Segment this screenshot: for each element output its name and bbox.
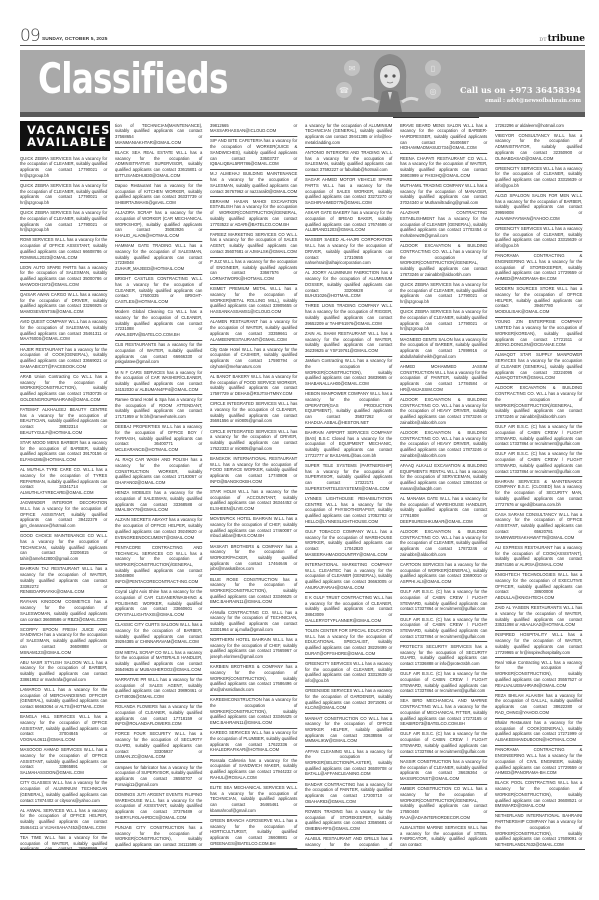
classified-ad: ELITE SEA MECHANICAL SERVICES W.L.L has … — [210, 783, 297, 816]
classified-ad: BANGLA HILL SERVICES W.L.L has a vacancy… — [20, 713, 107, 746]
column-6: 17262296 or aldaleem@hotmail.comVIBGYOR … — [495, 121, 585, 849]
phone-icon: ☎ — [336, 82, 352, 98]
classified-ad: CITY GLASSES W.L.L has a vacancy for the… — [20, 779, 107, 806]
column-2: tion of TECHNICIAN(MAINTENANCE), suitabl… — [115, 121, 205, 849]
column-1: VACANCIES AVAILABLE QUICK ZEBRA SERVICES… — [20, 121, 110, 849]
classified-ad: QUICK ZEBRA SERVICES has a vacancy for t… — [400, 308, 487, 335]
classified-ad: ZAIN AL SHAM RESTAURANT W.L.L has a vaca… — [305, 329, 392, 356]
classified-ad: KARBIEN BROTHERS & COMPANY has a vacancy… — [210, 663, 297, 696]
classified-ad: ABU NASR STYLISH SALOON W.L.L has a vaca… — [20, 658, 107, 685]
classified-ad: SCORPY SPOON FRESH JUICE AND SANDWICH ha… — [20, 625, 107, 658]
page-number: 09 — [20, 28, 40, 45]
classified-ad: FAREEZ MARKETING SERVICES CO W.L.L has a… — [210, 230, 297, 257]
classified-ad: MOVENPICK HOTEL BAHRAIN W.L.L has a vaca… — [210, 515, 297, 542]
classified-ad: REZA BHILAH ALAAISH has a vacancy for th… — [495, 691, 582, 718]
classified-ad: QUICK ZEBRA SERVICES has a vacancy for t… — [20, 209, 107, 236]
customer-service-illustration-icon — [360, 50, 420, 112]
classified-ad: GIM METAL SCRAP CO W.L.L has a vacancy f… — [115, 648, 202, 675]
page-header: 09 SUNDAY, OCTOBER 5, 2025 DTtribune — [20, 28, 585, 46]
bottom-rule — [20, 849, 585, 850]
classified-ad: FATEMAT ALKHALEEJ BEAUTY CENTRE has a va… — [20, 406, 107, 439]
classified-ad: Al-Mulla CONTRACTING CO. W.L.L has a vac… — [210, 608, 297, 635]
classified-ad: MAGNEED GENTS SALON has a vacancy for th… — [400, 335, 487, 362]
classified-ad: BLACK POOL CONTRACTING W.L.L has a vacan… — [495, 779, 582, 812]
classified-ad: ALDOOR EXCAVATION & BUILDING CONTRACTING… — [400, 395, 487, 428]
classified-ad: GOOD CHOICE MAINTENANCE CO W.L.L has a v… — [20, 532, 107, 565]
classified-ad: HEBON MANPOWER COMPANY W.L.L has a vacan… — [305, 390, 392, 429]
classified-ad: KAREEMCONSTRUCTION has a vacancy for the… — [210, 696, 297, 729]
classified-ad: AL BANOT BAKERY W.L.L has a vacancy for … — [210, 373, 297, 400]
classified-ad: GREENCITY SERVICES W.L.L has a vacancy f… — [305, 659, 392, 686]
classified-ad: AVID QUEST COMPANY W.L.L has a vacancy f… — [20, 318, 107, 345]
classified-ad: GREENSIDE SERVICES W.L.L has a vacancy f… — [305, 687, 392, 714]
classified-ad: M.J ALMEHAJ BUILDING MAINTENANCE has a v… — [210, 170, 297, 197]
classified-ad: BLACK SEA REAL ESTATE W.L.L has a vacanc… — [115, 148, 202, 181]
classified-ad: ROMI SERVICES W.L.L has a vacancy for th… — [20, 236, 107, 263]
classified-ad: ALZAIN SECRETS ABAYAT has a vacancy for … — [115, 516, 202, 543]
classified-ad: PUNJAB CITY CONSTRUCTION has a vacancy f… — [115, 823, 202, 849]
classified-ad: Modern Global Cleaning Co W.L.L has a va… — [115, 308, 202, 341]
classified-ad: JAGWINDER INTERIOR DECORATION W.L.L has … — [20, 499, 107, 532]
column-3: 39812665 or MASSARHASSAN@ICLOUD.COMSIP A… — [210, 121, 300, 849]
classified-ad: LEON AUTO SPARE PARTS has a vacancy for … — [20, 263, 107, 290]
publication-logo: DTtribune — [539, 34, 585, 44]
classified-ad: CLB RESTAURANTS has a vacancy for the oc… — [115, 341, 202, 368]
classified-ad: TEA TIME W.L.L has a vacancy for the occ… — [20, 834, 107, 849]
classified-ad: STAR HOLM W.L.L has a vacancy for the oc… — [210, 487, 297, 514]
classified-ad: GREEN BRANCH AGROSERVE W.L.L has a vacan… — [210, 816, 297, 849]
classified-ad: CARTOON SERVICES has a vacancy for the o… — [400, 560, 487, 587]
classified-ad: VIBGYOR CONSULTANCY W.L.L has a vacancy … — [495, 131, 582, 164]
classified-ad: AMBER CONSTRUCTION CO W.L.L has a vacanc… — [400, 785, 487, 824]
classified-ad: M N F CARS SERVICES has a vacancy for th… — [115, 368, 202, 395]
mail-icon: ✉ — [344, 60, 360, 76]
classifieds-banner: Classifieds ✉ ☎ ▯ ◎ Call us on +973 3645… — [20, 50, 585, 112]
classified-ad: AFAAQ ALKALIJ EXCAVATION & BUILDING EQUI… — [400, 461, 487, 494]
contact-email: email : advt@newsofbahrain.com — [485, 98, 581, 104]
classified-ad: MANHAT CONSTRUCTION CO W.L.L has a vacan… — [305, 714, 392, 747]
classified-ad: 17262296 or aldaleem@hotmail.com — [495, 121, 582, 131]
classified-ad: KAREEG SERVICES W.L.L has a vacancy for … — [210, 729, 297, 756]
classified-ad: E K GULF TRUST CONTRACTING W.L.L has a v… — [305, 593, 392, 626]
classified-ad: GULF AIR B.S.C. (C) has a vacancy for th… — [400, 588, 487, 615]
classified-ad: MODERN SOURCES STORE W.L.L has a vacancy… — [495, 285, 582, 318]
vacancies-heading: VACANCIES AVAILABLE — [20, 121, 110, 151]
classified-ad: City Gate Hotel W.L.L has a vacancy for … — [210, 345, 297, 372]
issue-date: SUNDAY, OCTOBER 5, 2025 — [42, 37, 107, 42]
classified-ad: STAR MOOD MENS BARBER has a vacancy for … — [20, 439, 107, 466]
classified-ad: GULF AIR B.S.C. (C) has a vacancy for th… — [400, 670, 487, 697]
classified-ad: BAHRAIN AIRPORT SERVICES COMPANY (BAS) B… — [305, 428, 392, 461]
classified-ad: YOUNG ZIN ENTERPRISE COMPANY LIMITED has… — [495, 318, 582, 351]
classified-ad: CLASSIC CITY CURTS SALOON W.L.L has a va… — [115, 621, 202, 648]
classified-ad: MASOOOD AHMAD SERVICES W.L.L has a vacan… — [20, 746, 107, 779]
classified-ad: DOMINOS JUTI ARGENT EVENTS FILIPINO WARE… — [115, 790, 202, 823]
classified-ad: Dapoo Restaurant has a vacancy for the o… — [115, 181, 202, 208]
classified-ad: PANORAMA CONTRACTING & ENGINEERING W.L.L… — [495, 252, 582, 285]
classified-ad: SIP AND BITE CAFETERIA has a vacancy for… — [210, 137, 297, 170]
classified-ad: NASSER SAEED AL-HAJRI CORPORATION W.L.L … — [305, 236, 392, 269]
classified-ad: REENA CHAPATI RESTAURANT CO W.L.L has a … — [400, 154, 487, 181]
classified-ad: ROLANDA FLOWERS has a vacancy for the oc… — [115, 703, 202, 730]
classified-ad: CASA SARANI CONSULTANCY W.L.L has a vaca… — [495, 510, 582, 543]
classified-ad: AL MANAMA GATE W.L.L has a vacancy for t… — [400, 494, 487, 527]
classified-ad: BANDAR CONTRACTING has a vacancy for the… — [305, 780, 392, 807]
classified-ad: NASSIR CONSTRUCTION has a vacancy for th… — [400, 757, 487, 784]
classified-ad: RAYHAN KINGDOM COSMETICS has a vacancy f… — [20, 598, 107, 625]
classified-ad: BANGKOK INTERNATIONAL RESTAURANT W.L.L h… — [210, 454, 297, 487]
classified-ad: Bhalar Restaurant has a vacancy for the … — [495, 719, 582, 746]
classified-ad: ALAMEN RESTAURANT has a vacancy for the … — [210, 318, 297, 345]
classified-ad: JaMium Contracting W.L.L has a vacancy f… — [305, 357, 392, 390]
classified-ad: Real Value Contracting W.L.L has a vacan… — [495, 658, 582, 691]
classified-ad: KNIGHTECH TECHNOLOGIES W.L.L has a vacan… — [495, 571, 582, 604]
classified-ad: BAHRAIN TAJ RESTAURANT W.L.L has a vacan… — [20, 565, 107, 598]
classified-ad: ANTONIO INTERIORS AND TRADING W.L.L has … — [305, 148, 392, 175]
classified-ad: ALI EXPRESS RESTAURANT has a vacancy for… — [495, 543, 582, 570]
classified-ad: BRIGHT CASTLES CONTRACTING W.L.L has a v… — [115, 275, 202, 308]
globe-icon: ◎ — [425, 83, 441, 99]
classified-ad: BLUE ROSE CONSTRUCTION has a vacancy for… — [210, 575, 297, 608]
classified-ad: NARRATIVE PR W.L.L has a vacancy for the… — [115, 675, 202, 702]
classified-ad: GULF TOBACCO COMPANY W.L.L has a vacancy… — [305, 527, 392, 560]
classified-ad: campaes for fabricator has a vacancy for… — [115, 763, 202, 790]
classified-ad: ALDOOR EXCAVATION & BUILDING CONTRACTING… — [400, 242, 487, 281]
section-title: Classifieds — [38, 54, 228, 103]
classified-ad: MASKATI BROTHERS & COMPANY has a vacancy… — [210, 542, 297, 575]
classified-ad: ALBALSTEM MARINE SERVICES W.L.L has a va… — [400, 823, 487, 849]
classified-ad: CIRCLE INTEGRATED SERVICES W.L.L has a v… — [210, 427, 297, 454]
classified-ad: SEA BIRD MECHANICAL AND MARINE CONTRACTI… — [400, 697, 487, 730]
classified-ad: NETHERLAND INTERNATIONAL BAHRAINI PARTNE… — [495, 812, 582, 849]
classified-ad: P JUZ W.L.L has a vacancy for the occupa… — [210, 258, 297, 285]
classified-ad: PENTACORE CONTRACTING AND TECHNICAL SERV… — [115, 543, 202, 587]
classified-ad: GREENCITY SERVICES W.L.L has a vacancy f… — [495, 164, 582, 191]
classified-ad: GULF AIR B.S.C. (C) has a vacancy for th… — [495, 450, 582, 477]
classified-ad: BRAVE BEARD MENS SALON W.L.L has a vacan… — [400, 121, 487, 154]
classified-ad: ALDOOR EXCAVATION & BUILDING CONTRACTING… — [400, 428, 487, 461]
classified-ad: MUTHAMIL TRADING COMPANY W.L.L has a vac… — [400, 181, 487, 208]
classified-ad: AL JOORY ALUMINIUM FABRICTION has a vaca… — [305, 269, 392, 302]
classified-ad: ALABUL RESTAURANT AND GRILLS has a vacan… — [305, 835, 392, 849]
classified-ad: AFFAN CLEANING W.L.L has a vacancy for t… — [305, 747, 392, 780]
classified-ad: QUICK ZEBRA SERVICES has a vacancy for t… — [400, 280, 487, 307]
classifieds-columns: VACANCIES AVAILABLE QUICK ZEBRA SERVICES… — [20, 121, 585, 849]
classified-ad: AL ANWAL SERVICES W.L.L has a vacancy fo… — [20, 806, 107, 833]
classified-ad: Ramee Grand Hotel & Spa has a vacancy fo… — [115, 395, 202, 422]
classified-ad: LYNNES LIGHTHOUSE REHABILITATION CENTRE … — [305, 494, 392, 527]
classified-ad: AL MUTHLA TYRE CARE CO. W.L.L has a vaca… — [20, 466, 107, 499]
mobile-icon: ▯ — [425, 60, 441, 76]
classified-ad: GULF AIR B.S.C. (C) has a vacancy for th… — [495, 423, 582, 450]
classified-ad: GULF AIR B.S.C. (C) has a vacancy for th… — [400, 730, 487, 757]
classified-ad: Rossala Cafeteria has a vacancy for the … — [210, 756, 297, 783]
logo-mark-icon: DT — [539, 37, 546, 43]
banner-underline — [20, 112, 585, 117]
classified-ad: INSPIRED HOSPITALITY W.L.L has a vacancy… — [495, 631, 582, 658]
heading-line-2: AVAILABLE — [27, 136, 105, 148]
classified-ad: NORTHERN HOTEL BAHRAIN W.L.L has a vacan… — [210, 635, 297, 662]
classified-ad: TOLEN CENTER FOR SPECIAL EDUCATION W.L.L… — [305, 626, 392, 659]
column-4: a vacancy for the occupation of ALUMINIU… — [305, 121, 395, 849]
classified-ad: INTERNATIONAL MARKETING COMPANY W.L.L CL… — [305, 560, 392, 593]
classified-ad: BAHRAIN SERVICES & MAINTENANCE COMPANY B… — [495, 477, 582, 510]
classified-ad: PROTECTS SECURITY SERVICES has a vacancy… — [400, 642, 487, 669]
classified-ad: CIRCLE INTEGRATED SERVICES W.L.L has a v… — [210, 400, 297, 427]
classified-ad: ASKAR GATE BAKERY has a vacancy for the … — [305, 209, 392, 236]
classified-ad: EBRAHIM HASAN MAHDI EXCAVATION ESTABLISH… — [210, 197, 297, 230]
classified-ad: THREE LIONS TRADING COMPANY W.L.L has a … — [305, 302, 392, 329]
classified-ad: ALDOOR EXCAVATION & BUILDING CONTRACTING… — [495, 384, 582, 423]
classified-ad: ARAB Union Contracting Co W.L.L has a va… — [20, 373, 107, 406]
classified-ad: QUICK ZEBRA SERVICES has a vacancy for t… — [20, 154, 107, 181]
classified-ad: tion of TECHNICIAN(MAINTENANCE), suitabl… — [115, 121, 202, 148]
classified-ad: ALAZHAR CONTRACTING ESTABLISHMENT has a … — [400, 209, 487, 242]
classified-ad: GREENCITY SERVICES W.L.L has a vacancy f… — [495, 225, 582, 252]
classified-ad: ALJAZIRA SCRAP has a vacancy for the occ… — [115, 209, 202, 242]
banner-tab-divider — [393, 117, 479, 118]
classified-ad: Coyral Light Axis Shine has a vacancy fo… — [115, 588, 202, 621]
classified-ad: ROWEN TRADING has a vacancy for the occu… — [305, 807, 392, 834]
classified-ad: ALDOOR EXCAVATION & BUILDING CONTRACTING… — [400, 527, 487, 560]
brand-name: tribune — [548, 34, 585, 44]
contact-phone: Call us on +973 36458394 — [460, 85, 581, 95]
classified-ad: ZAID AL YASEEN RESTAURANTS W.L.L has a v… — [495, 604, 582, 631]
classified-ad: SAGAR AHMED MOTOR VEHICLE SPARE PARTS W.… — [305, 176, 392, 209]
classified-ad: FORCE FOUR SECURITY W.L.L has a vacancy … — [115, 730, 202, 763]
classified-ad: LAMARCO W.L.L has a vacancy for the occu… — [20, 686, 107, 713]
classified-ad: ALMAQOT STAR SUPPLY MANPOWER SERVICES ha… — [495, 351, 582, 384]
classified-ad: QAISAR AWAN CARGO W.L.L has a vacancy fo… — [20, 291, 107, 318]
classified-ad: AHMED MOHAMMED JASSIM CONSTRUCTION W.L.L… — [400, 362, 487, 395]
classified-ad: a vacancy for the occupation of ALUMINIU… — [305, 121, 392, 148]
classified-ad: SUPER TELE SYSTEMS (PARTNERSHIP) has a v… — [305, 461, 392, 494]
classified-ad: DEEBAJ PROPERTIES W.L.L has a vacancy fo… — [115, 423, 202, 456]
classified-ad: KISMET PREMIUM METAL W.L.L has a vacancy… — [210, 285, 297, 318]
classified-ad: PANORAMA CONTRACTING & ENGINEERING W.L.L… — [495, 746, 582, 779]
classified-ad: 39812665 or MASSARHASSAN@ICLOUD.COM — [210, 121, 297, 137]
classified-ad: HENZA MOBILES has a vacancy for the occu… — [115, 489, 202, 516]
classified-ad: AL RAQI CAR WASH AND POLISH has a vacanc… — [115, 456, 202, 489]
classified-ad: GULF AIR B.S.C. (C) has a vacancy for th… — [400, 615, 487, 642]
classified-ad: QUICK ZEBRA SERVICES has a vacancy for t… — [20, 181, 107, 208]
classified-ad: HAMMAM GATE TRADING W.L.L has a vacancy … — [115, 242, 202, 275]
column-5: BRAVE BEARD MENS SALON W.L.L has a vacan… — [400, 121, 490, 849]
classified-ad: HAJER RESTAURANT has a vacancy for the o… — [20, 345, 107, 372]
classified-ad: ALOZI SPALOON SALON FOR MEN W.L.L has a … — [495, 192, 582, 225]
